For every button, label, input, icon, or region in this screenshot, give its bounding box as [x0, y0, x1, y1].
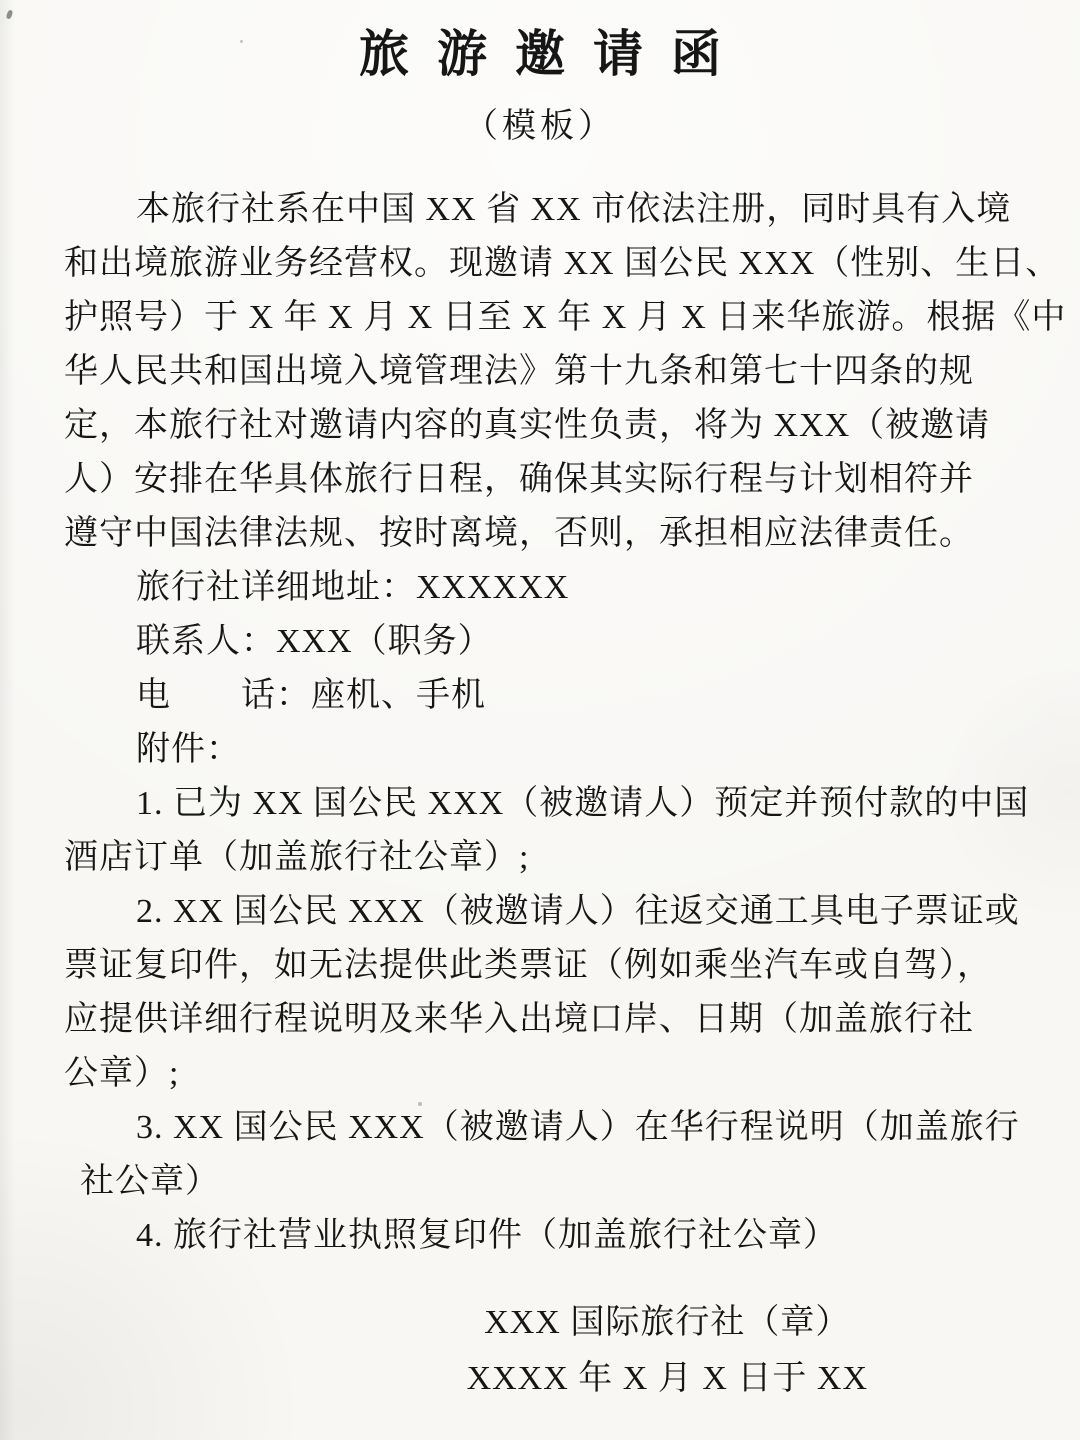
- document-title: 旅游邀请函: [0, 0, 1080, 82]
- attachment-line: 2. XX 国公民 XXX（被邀请人）往返交通工具电子票证或: [64, 885, 1018, 939]
- attachment-line: 1. 已为 XX 国公民 XXX（被邀请人）预定并预付款的中国: [64, 777, 1018, 831]
- detail-line-address: 旅行社详细地址：XXXXXX: [64, 561, 1018, 615]
- paragraph-line: 华人民共和国出境入境管理法》第十九条和第七十四条的规: [64, 345, 1018, 399]
- body-paragraph: 本旅行社系在中国 XX 省 XX 市依法注册，同时具有入境 和出境旅游业务经营权…: [64, 183, 1018, 561]
- detail-line-contact: 联系人：XXX（职务）: [64, 615, 1018, 669]
- attachment-line: 酒店订单（加盖旅行社公章）;: [64, 831, 1018, 885]
- attachments-list: 1. 已为 XX 国公民 XXX（被邀请人）预定并预付款的中国 酒店订单（加盖旅…: [64, 777, 1018, 1263]
- scan-speck: [418, 1102, 422, 1106]
- signature-line-agency: XXX 国际旅行社（章）: [467, 1295, 868, 1351]
- document-subtitle: （模板）: [0, 104, 1080, 149]
- paragraph-line: 本旅行社系在中国 XX 省 XX 市依法注册，同时具有入境: [64, 183, 1018, 237]
- agency-details: 旅行社详细地址：XXXXXX 联系人：XXX（职务） 电 话：座机、手机 附件：: [64, 561, 1018, 777]
- paragraph-line: 和出境旅游业务经营权。现邀请 XX 国公民 XXX（性别、生日、: [64, 237, 1018, 291]
- detail-line-phone: 电 话：座机、手机: [64, 669, 1018, 723]
- signature-line-date: XXXX 年 X 月 X 日于 XX: [467, 1351, 868, 1407]
- paragraph-line: 护照号）于 X 年 X 月 X 日至 X 年 X 月 X 日来华旅游。根据《中: [64, 291, 1018, 345]
- attachment-line: 票证复印件，如无法提供此类票证（例如乘坐汽车或自驾），: [64, 939, 1018, 993]
- paragraph-line: 人）安排在华具体旅行日程，确保其实际行程与计划相符并: [64, 453, 1018, 507]
- document-body: 本旅行社系在中国 XX 省 XX 市依法注册，同时具有入境 和出境旅游业务经营权…: [64, 183, 1018, 1407]
- attachment-line: 应提供详细行程说明及来华入出境口岸、日期（加盖旅行社: [64, 993, 1018, 1047]
- attachment-line: 公章）;: [64, 1047, 1018, 1101]
- paragraph-line: 遵守中国法律法规、按时离境，否则，承担相应法律责任。: [64, 507, 1018, 561]
- signature-block: XXX 国际旅行社（章） XXXX 年 X 月 X 日于 XX: [467, 1295, 868, 1407]
- paragraph-line: 定，本旅行社对邀请内容的真实性负责，将为 XXX（被邀请: [64, 399, 1018, 453]
- scan-speck: [240, 40, 243, 43]
- detail-line-attachments-label: 附件：: [64, 723, 1018, 777]
- document-page: 旅游邀请函 （模板） 本旅行社系在中国 XX 省 XX 市依法注册，同时具有入境…: [0, 0, 1080, 1440]
- attachment-line: 4. 旅行社营业执照复印件（加盖旅行社公章）: [64, 1209, 1018, 1263]
- attachment-line: 社公章）: [64, 1155, 1018, 1209]
- attachment-line: 3. XX 国公民 XXX（被邀请人）在华行程说明（加盖旅行: [64, 1101, 1018, 1155]
